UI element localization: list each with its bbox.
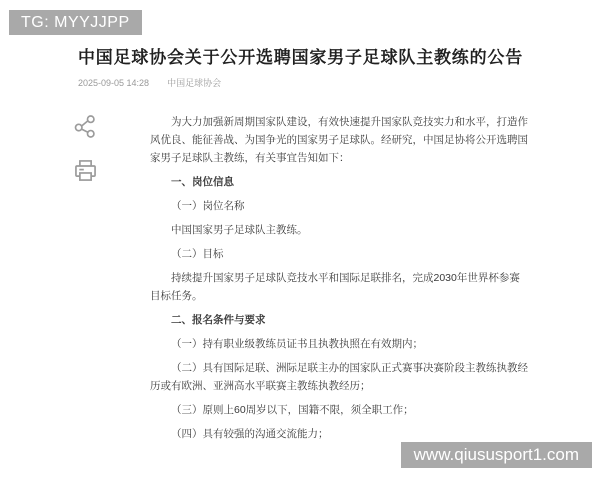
print-button[interactable] — [72, 157, 99, 184]
source-name: 中国足球协会 — [167, 78, 221, 88]
body-paragraph: （四）具有较强的沟通交流能力； — [150, 425, 530, 443]
body-paragraph: （一）持有职业级教练员证书且执教执照在有效期内； — [150, 335, 530, 353]
publish-datetime: 2025-09-05 14:28 — [78, 78, 149, 88]
section-heading: 二、报名条件与要求 — [150, 311, 530, 329]
body-paragraph: （二）目标 — [150, 245, 530, 263]
share-toolbar — [78, 113, 150, 449]
telegram-contact-badge: TG: MYYJJPP — [9, 10, 142, 35]
print-icon — [72, 157, 99, 184]
share-icon — [73, 114, 98, 139]
body-paragraph: （二）具有国际足联、洲际足联主办的国家队正式赛事决赛阶段主教练执教经历或有欧洲、… — [150, 359, 530, 395]
share-button[interactable] — [72, 113, 99, 140]
body-paragraph: 持续提升国家男子足球队竞技水平和国际足联排名，完成2030年世界杯参赛目标任务。 — [150, 269, 530, 305]
section-heading: 一、岗位信息 — [150, 173, 530, 191]
body-paragraph: 中国国家男子足球队主教练。 — [150, 221, 530, 239]
article-body: 为大力加强新周期国家队建设，有效快速提升国家队竞技实力和水平，打造作风优良、能征… — [150, 113, 530, 449]
article: 中国足球协会关于公开选聘国家男子足球队主教练的公告 2025-09-05 14:… — [0, 0, 600, 449]
site-watermark: www.qiususport1.com — [401, 442, 592, 468]
body-paragraph: 为大力加强新周期国家队建设，有效快速提升国家队竞技实力和水平，打造作风优良、能征… — [150, 113, 530, 167]
body-paragraph: （一）岗位名称 — [150, 197, 530, 215]
body-paragraph: （三）原则上60周岁以下，国籍不限，须全职工作； — [150, 401, 530, 419]
article-meta: 2025-09-05 14:28中国足球协会 — [78, 78, 530, 89]
article-title: 中国足球协会关于公开选聘国家男子足球队主教练的公告 — [78, 46, 530, 70]
